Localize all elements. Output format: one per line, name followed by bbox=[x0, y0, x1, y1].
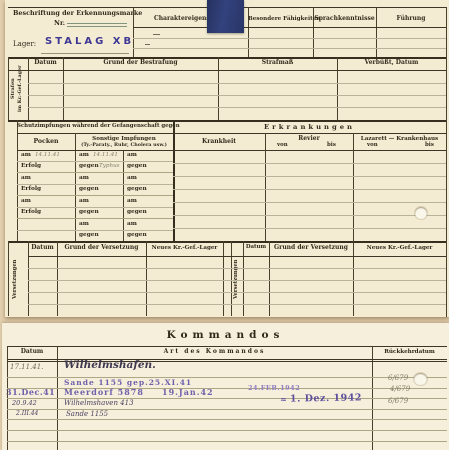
entry-kommando: Sande 1155 bbox=[66, 410, 108, 418]
cell-value: Typhus bbox=[99, 163, 120, 169]
grid-line bbox=[376, 7, 377, 57]
erkrankungen-title: Erkrankungen bbox=[173, 124, 446, 131]
nr-line bbox=[67, 23, 127, 24]
impf-row: am 14.11.41 am 14.11.41 am bbox=[5, 152, 173, 162]
cell-label: gegen bbox=[127, 209, 147, 215]
kommandos-col-rueckkehr: Rückkehrdatum bbox=[372, 349, 447, 355]
rule-line bbox=[173, 228, 446, 229]
impf-row: am am bbox=[5, 221, 173, 231]
erkrankungen-col-krankheit: Krankheit bbox=[173, 139, 265, 146]
strafen-col-datum: Datum bbox=[28, 60, 63, 67]
grid-line bbox=[133, 27, 446, 28]
versetz-col-grund: Grund der Versetzung bbox=[269, 245, 353, 252]
rule-line bbox=[173, 163, 446, 164]
cell-label: Erfolg bbox=[21, 163, 41, 169]
lazarett-bis-label: bis bbox=[425, 143, 434, 149]
kommandos-title: Kommandos bbox=[2, 330, 449, 342]
rule-line bbox=[173, 189, 446, 190]
cell-label: am bbox=[21, 152, 31, 158]
entry-date-stamp: 24.FEB.1942 bbox=[248, 384, 300, 392]
record-card-kommandos: Kommandos Datum Art des Kommandos Rückke… bbox=[2, 323, 449, 450]
cell-label: am bbox=[127, 152, 137, 158]
cell-label: am bbox=[79, 152, 89, 158]
entry-kommando: Wilhelmshaven 413 bbox=[64, 399, 134, 407]
entry-kommando-stamp: Meerdorf 5878 bbox=[64, 387, 144, 397]
entry-date-stamp: 19.Jan.42 bbox=[162, 387, 214, 397]
rule-line bbox=[28, 107, 446, 108]
stamp-mark: ≈ bbox=[280, 394, 288, 404]
kommandos-col-datum: Datum bbox=[7, 349, 57, 356]
cell-label: am bbox=[127, 198, 137, 204]
cell-label: am bbox=[127, 221, 137, 227]
rule-line bbox=[133, 48, 446, 49]
rule-line bbox=[28, 280, 446, 281]
entry-date-stamp: 31.Dec.41 bbox=[6, 387, 55, 397]
col-fuehrung: Führung bbox=[376, 16, 446, 23]
cell-label: gegen bbox=[127, 232, 147, 238]
cell-label: am bbox=[79, 198, 89, 204]
cell-label: am bbox=[79, 175, 89, 181]
rule-line bbox=[28, 95, 446, 96]
section-rule bbox=[8, 120, 446, 122]
punch-hole bbox=[415, 207, 427, 219]
pen-mark bbox=[145, 44, 150, 45]
rule-line bbox=[7, 419, 447, 420]
cell-value: 14.11.41 bbox=[35, 152, 60, 158]
grid-line bbox=[7, 346, 447, 347]
impfungen-title: Schutzimpfungen während der Gefangenscha… bbox=[17, 124, 173, 130]
cell-label: gegen bbox=[79, 163, 99, 169]
grid-line bbox=[248, 7, 249, 57]
revier-bis-label: bis bbox=[327, 143, 336, 149]
impf-row: am am am bbox=[5, 198, 173, 208]
record-card-front: Beschriftung der Erkennungsmarke Nr. Lag… bbox=[5, 0, 449, 317]
lager-line bbox=[41, 53, 129, 54]
grid-line bbox=[17, 150, 446, 151]
impf-row: Erfolg gegen gegen bbox=[5, 209, 173, 219]
rule-line bbox=[173, 176, 446, 177]
cell-label: gegen bbox=[79, 186, 99, 192]
cell-label: am bbox=[127, 175, 137, 181]
nr-line bbox=[67, 26, 127, 27]
col-besondere-faehigkeiten: Besondere Fähigkeiten bbox=[248, 16, 313, 22]
entry-date: 20.9.42 bbox=[12, 399, 37, 407]
strafen-side-label-2: im Kr.-Gef.-Lager bbox=[17, 60, 23, 118]
kommandos-col-art: Art des Kommandos bbox=[57, 349, 372, 356]
entry-return: 6/679 bbox=[388, 397, 408, 405]
id-block-title: Beschriftung der Erkennungsmarke bbox=[13, 10, 129, 17]
card-right-border bbox=[446, 7, 447, 317]
impf-row: Erfolg gegen Typhus gegen bbox=[5, 163, 173, 173]
section-rule bbox=[8, 241, 446, 243]
rule-line bbox=[28, 268, 446, 269]
strafen-col-strafmass: Strafmaß bbox=[218, 60, 337, 67]
entry-date: 17.11.41. bbox=[10, 363, 43, 371]
lazarett-von-label: von bbox=[367, 143, 378, 149]
rule-line bbox=[133, 38, 446, 39]
rule-line bbox=[28, 83, 446, 84]
strafen-col-verbuesst: Verbüßt, Datum bbox=[337, 60, 446, 67]
entry-return: 4/679 bbox=[390, 385, 410, 393]
revier-von-label: von bbox=[277, 143, 288, 149]
pow-record-scan: Beschriftung der Erkennungsmarke Nr. Lag… bbox=[0, 0, 449, 450]
entry-date-stamp: 1. Dez. 1942 bbox=[290, 392, 362, 404]
cell-label: Erfolg bbox=[21, 209, 41, 215]
cell-value: 14.11.41 bbox=[93, 152, 118, 158]
grid-line bbox=[353, 133, 354, 241]
entry-kommando: Wilhelmshafen. bbox=[64, 359, 156, 371]
grid-line bbox=[133, 7, 134, 57]
nr-label: Nr. bbox=[54, 20, 65, 27]
pen-mark bbox=[153, 34, 160, 35]
entry-return: 6/679 bbox=[388, 374, 408, 382]
cell-label: gegen bbox=[127, 163, 147, 169]
entry-kommando-stamp: Sande 1155 gep.25.XI.41 bbox=[64, 378, 192, 387]
impf-row: Erfolg gegen gegen bbox=[5, 186, 173, 196]
versetz-col-neues-lager: Neues Kr.-Gef.-Lager bbox=[146, 245, 223, 251]
cell-label: gegen bbox=[79, 209, 99, 215]
rule-line bbox=[7, 430, 447, 431]
versetzungen-side-label: Versetzungen bbox=[12, 246, 18, 312]
grid-line bbox=[28, 256, 446, 257]
grid-line bbox=[8, 241, 9, 316]
cell-label: am bbox=[79, 221, 89, 227]
versetz-col-datum: Datum bbox=[28, 245, 57, 252]
cell-label: am bbox=[21, 175, 31, 181]
impfungen-col-sonstige-sub: (Ty.-Paraty., Ruhr, Cholera usw.) bbox=[75, 143, 173, 148]
impf-row: am am am bbox=[5, 175, 173, 185]
cell-label: am bbox=[21, 198, 31, 204]
grid-line bbox=[17, 133, 446, 134]
rule-line bbox=[7, 441, 447, 442]
rule-line bbox=[173, 215, 446, 216]
strafen-col-grund: Grund der Bestrafung bbox=[63, 60, 218, 67]
blue-tape bbox=[207, 0, 244, 33]
entry-date: 2.III.44 bbox=[16, 410, 38, 417]
lager-label: Lager: bbox=[13, 41, 36, 49]
grid-line bbox=[8, 70, 446, 71]
col-sprachkenntnisse: Sprachkenntnisse bbox=[313, 16, 376, 23]
grid-line bbox=[265, 133, 266, 241]
rule-line bbox=[28, 304, 446, 305]
rule-line bbox=[28, 292, 446, 293]
impfungen-col-pocken: Pocken bbox=[17, 139, 75, 146]
versetz-col-grund: Grund der Versetzung bbox=[57, 245, 146, 252]
versetz-col-datum: Datum bbox=[243, 245, 269, 251]
cell-label: gegen bbox=[79, 232, 99, 238]
grid-line bbox=[8, 57, 9, 120]
stalag-stamp: STALAG XB bbox=[45, 36, 134, 47]
cell-label: Erfolg bbox=[21, 186, 41, 192]
rule-line bbox=[173, 202, 446, 203]
cell-label: gegen bbox=[127, 186, 147, 192]
versetz-col-neues-lager: Neues Kr.-Gef.-Lager bbox=[353, 245, 446, 251]
punch-hole bbox=[414, 373, 427, 385]
